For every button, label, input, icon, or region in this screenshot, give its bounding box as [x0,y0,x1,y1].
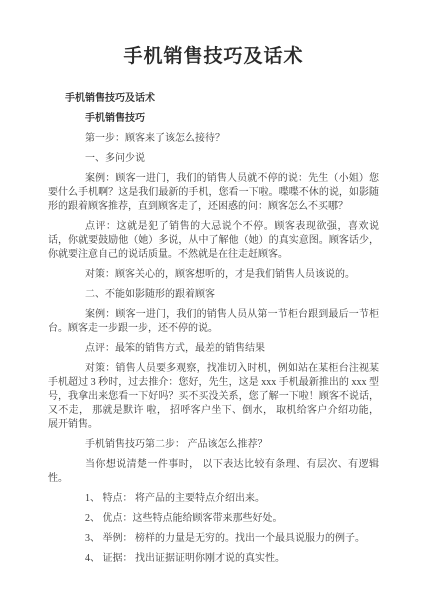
solution1-paragraph: 对策：顾客关心的，顾客想听的，才是我们销售人员该说的。 [48,268,379,282]
case2-paragraph: 案例：顾客一进门，我们的销售人员从第一节柜台跟到最后一节柜台。顾客走一步跟一步，… [48,308,379,336]
doc-heading: 手机销售技巧及话术 [48,92,379,106]
section1-title: 一、多问少说 [48,152,379,166]
comment2-paragraph: 点评：最笨的销售方式，最差的销售结果 [48,342,379,356]
solution2-paragraph: 对策：销售人员要多观察，找准切入时机，例如站在某柜台注视某手机超过 3 秒时，过… [48,362,379,432]
doc-subheading: 手机销售技巧 [48,112,379,126]
section2-title: 二、不能如影随形的跟着顾客 [48,288,379,302]
case1-paragraph: 案例：顾客一进门，我们的销售人员就不停的说：先生（小姐）您要什么手机啊？这是我们… [48,172,379,214]
list-item-4: 4、 证据： 找出证据证明你刚才说的真实性。 [48,552,379,566]
list-item-1: 1、 特点： 将产品的主要特点介绍出来。 [48,492,379,506]
step1-heading: 第一步：顾客来了该怎么接待？ [48,132,379,146]
step2-heading: 手机销售技巧第二步： 产品该怎么推荐？ [48,438,379,452]
document-page: 手机销售技巧及话术 手机销售技巧及话术 手机销售技巧 第一步：顾客来了该怎么接待… [0,0,424,600]
comment1-paragraph: 点评：这就是犯了销售的大忌说个不停。顾客表现欲强，喜欢说话，你就要鼓励他（她）多… [48,220,379,262]
list-item-2: 2、 优点：这些特点能给顾客带来那些好处。 [48,512,379,526]
document-title: 手机销售技巧及话术 [48,44,379,69]
list-item-3: 3、 举例： 榜样的力量是无穷的。找出一个最具说服力的例子。 [48,532,379,546]
intro-paragraph: 当你想说清楚一件事时， 以下表达比较有条理、有层次、有逻辑性。 [48,458,379,486]
